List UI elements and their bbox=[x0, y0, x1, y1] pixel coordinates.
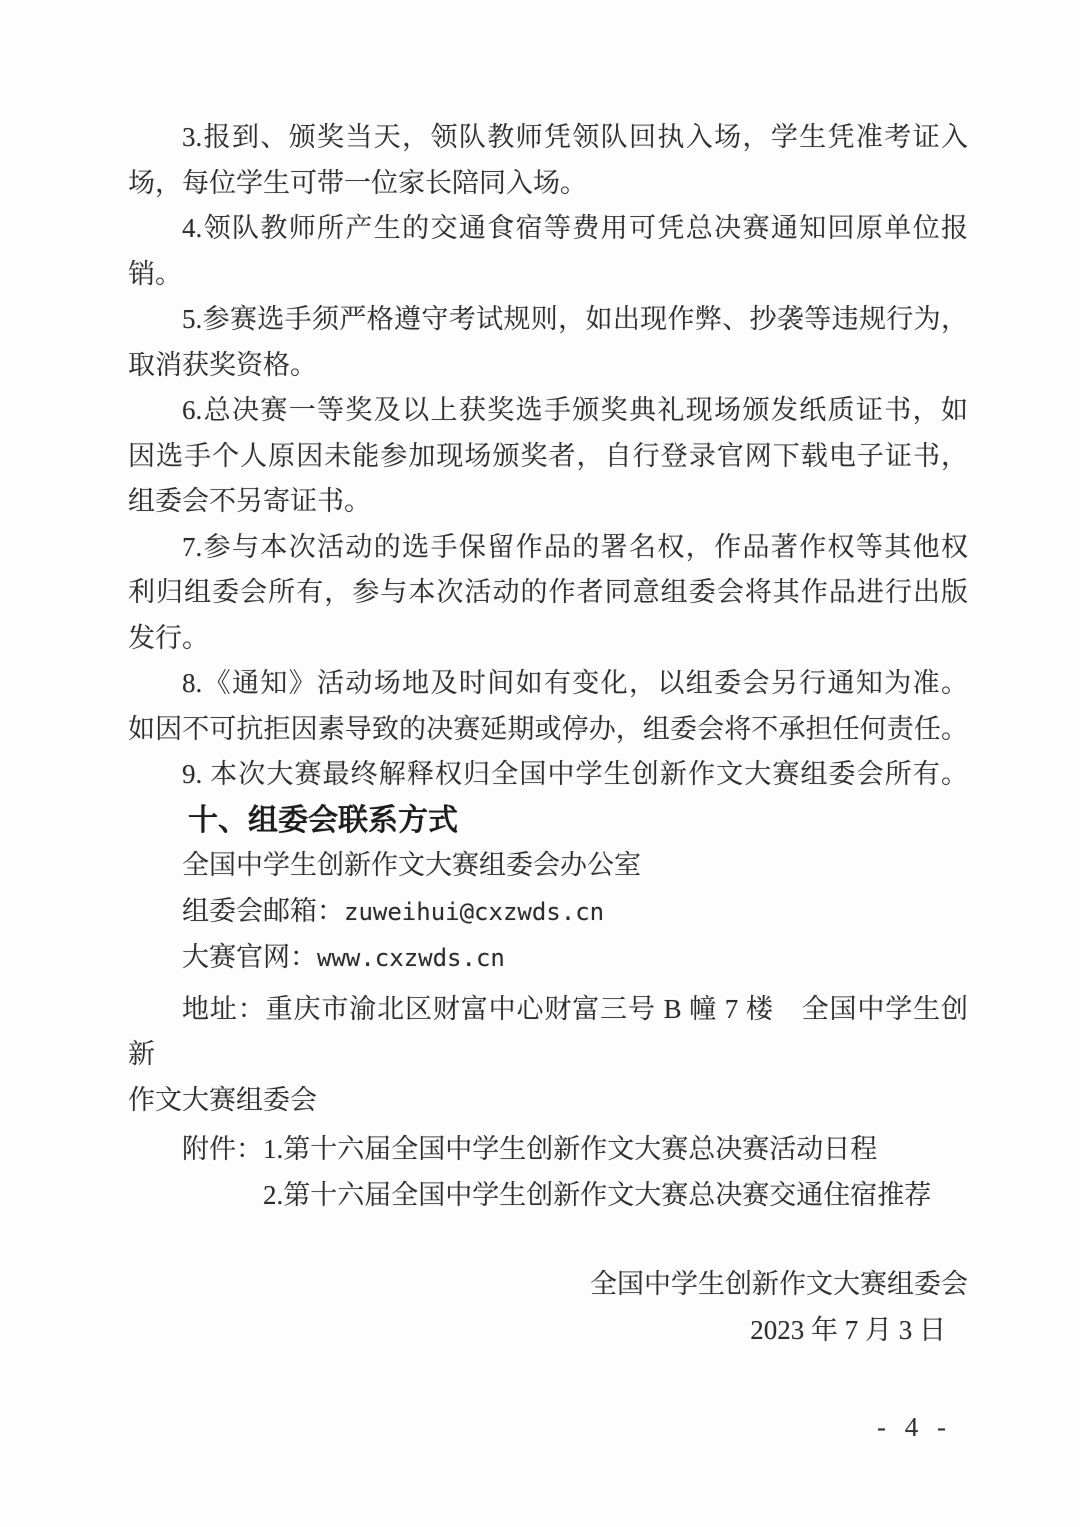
paragraph-line: 利归组委会所有，参与本次活动的作者同意组委会将其作品进行出版 bbox=[128, 570, 968, 616]
website-url: www.cxzwds.cn bbox=[317, 944, 505, 972]
paragraph-line: 8.《通知》活动场地及时间如有变化，以组委会另行通知为准。 bbox=[128, 661, 968, 707]
email-address: zuweihui@cxzwds.cn bbox=[344, 898, 604, 926]
body-paragraph: 4.领队教师所产生的交通食宿等费用可凭总决赛通知回原单位报 销。 bbox=[128, 206, 968, 297]
email-label: 组委会邮箱： bbox=[182, 896, 344, 926]
signature-date: 2023 年 7 月 3 日 bbox=[128, 1308, 968, 1354]
paragraph-line: 取消获奖资格。 bbox=[128, 343, 968, 389]
attachment-line: 附件：1.第十六届全国中学生创新作文大赛总决赛活动日程 bbox=[128, 1127, 968, 1173]
contact-website-line: 大赛官网：www.cxzwds.cn bbox=[128, 935, 968, 982]
paragraph-line: 7.参与本次活动的选手保留作品的署名权，作品著作权等其他权 bbox=[128, 525, 968, 571]
body-paragraph: 6.总决赛一等奖及以上获奖选手颁奖典礼现场颁发纸质证书，如 因选手个人原因未能参… bbox=[128, 388, 968, 525]
section-heading: 十、组委会联系方式 bbox=[128, 798, 968, 844]
document-page: 3.报到、颁奖当天，领队教师凭领队回执入场，学生凭准考证入 场，每位学生可带一位… bbox=[0, 0, 1080, 1527]
attachments-block: 附件：1.第十六届全国中学生创新作文大赛总决赛活动日程 2.第十六届全国中学生创… bbox=[128, 1127, 968, 1218]
body-paragraph: 3.报到、颁奖当天，领队教师凭领队回执入场，学生凭准考证入 场，每位学生可带一位… bbox=[128, 115, 968, 206]
paragraph-line: 6.总决赛一等奖及以上获奖选手颁奖典礼现场颁发纸质证书，如 bbox=[128, 388, 968, 434]
signature-block: 全国中学生创新作文大赛组委会 2023 年 7 月 3 日 bbox=[128, 1262, 968, 1353]
signature-organization: 全国中学生创新作文大赛组委会 bbox=[128, 1262, 968, 1308]
paragraph-line: 3.报到、颁奖当天，领队教师凭领队回执入场，学生凭准考证入 bbox=[128, 115, 968, 161]
page-number: - 4 - bbox=[877, 1412, 952, 1443]
body-paragraph: 5.参赛选手须严格遵守考试规则，如出现作弊、抄袭等违规行为， 取消获奖资格。 bbox=[128, 297, 968, 388]
document-content: 3.报到、颁奖当天，领队教师凭领队回执入场，学生凭准考证入 场，每位学生可带一位… bbox=[128, 115, 968, 1353]
address-line: 地址：重庆市渝北区财富中心财富三号 B 幢 7 楼 全国中学生创新 bbox=[128, 987, 968, 1078]
paragraph-line: 销。 bbox=[128, 252, 968, 298]
body-paragraph: 9. 本次大赛最终解释权归全国中学生创新作文大赛组委会所有。 bbox=[128, 752, 968, 798]
paragraph-line: 因选手个人原因未能参加现场颁奖者，自行登录官网下载电子证书， bbox=[128, 434, 968, 480]
address-line: 作文大赛组委会 bbox=[128, 1078, 968, 1124]
paragraph-line: 发行。 bbox=[128, 616, 968, 662]
paragraph-line: 组委会不另寄证书。 bbox=[128, 479, 968, 525]
body-paragraph: 8.《通知》活动场地及时间如有变化，以组委会另行通知为准。 如因不可抗拒因素导致… bbox=[128, 661, 968, 752]
body-paragraph: 7.参与本次活动的选手保留作品的署名权，作品著作权等其他权 利归组委会所有，参与… bbox=[128, 525, 968, 662]
paragraph-line: 4.领队教师所产生的交通食宿等费用可凭总决赛通知回原单位报 bbox=[128, 206, 968, 252]
address-block: 地址：重庆市渝北区财富中心财富三号 B 幢 7 楼 全国中学生创新 作文大赛组委… bbox=[128, 987, 968, 1124]
contact-email-line: 组委会邮箱：zuweihui@cxzwds.cn bbox=[128, 889, 968, 936]
attachment-line: 2.第十六届全国中学生创新作文大赛总决赛交通住宿推荐 bbox=[263, 1173, 968, 1219]
contact-office-line: 全国中学生创新作文大赛组委会办公室 bbox=[128, 843, 968, 889]
paragraph-line: 5.参赛选手须严格遵守考试规则，如出现作弊、抄袭等违规行为， bbox=[128, 297, 968, 343]
website-label: 大赛官网： bbox=[182, 942, 317, 972]
paragraph-line: 场，每位学生可带一位家长陪同入场。 bbox=[128, 161, 968, 207]
paragraph-line: 9. 本次大赛最终解释权归全国中学生创新作文大赛组委会所有。 bbox=[128, 752, 968, 798]
paragraph-line: 如因不可抗拒因素导致的决赛延期或停办，组委会将不承担任何责任。 bbox=[128, 707, 968, 753]
